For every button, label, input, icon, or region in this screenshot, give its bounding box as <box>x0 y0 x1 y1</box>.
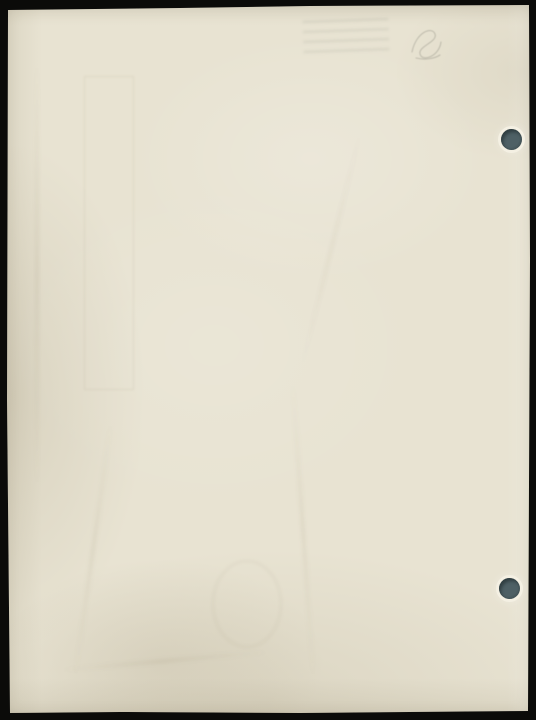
scanner-background <box>0 0 536 720</box>
punch-hole <box>499 578 520 599</box>
punch-hole <box>501 129 522 150</box>
scanned-paper-sheet <box>0 0 536 720</box>
paper-edge-shadow <box>0 0 536 720</box>
